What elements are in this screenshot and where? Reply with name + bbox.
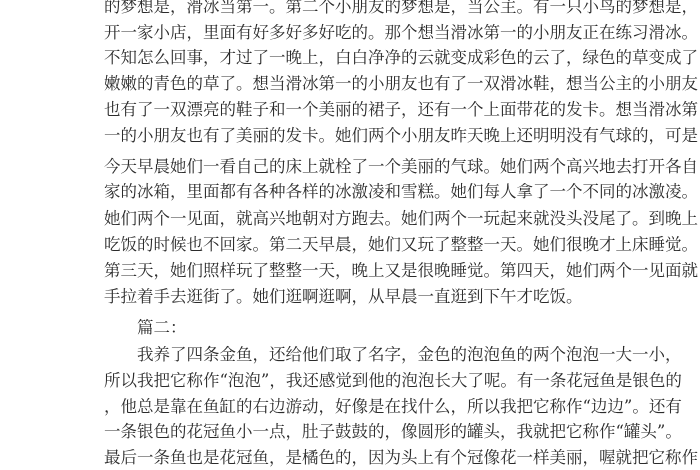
- text-line: 今天早晨她们一看自己的床上就栓了一个美丽的气球。她们两个高兴地去打开各自: [104, 156, 598, 178]
- text-line: 最后一条鱼也是花冠鱼，是橘色的，因为头上有个冠像花一样美丽，喔就把它称作: [104, 447, 598, 469]
- text-line: ，他总是靠在鱼缸的右边游动，好像是在找什么，所以我把它称作“边边”。还有: [104, 396, 598, 418]
- text-line: 开一家小店，里面有好多好多好吃的。那个想当滑冰第一的小朋友正在练习滑冰。: [104, 22, 598, 44]
- text-line: 不知怎么回事，才过了一晚上，白白净净的云就变成彩色的云了，绿色的草变成了: [104, 47, 598, 69]
- text-line: 的梦想是，滑冰当第一。第二个小朋友的梦想是，当公主。有一只小鸟的梦想是，: [104, 0, 598, 18]
- section-heading: 篇二：: [137, 317, 187, 339]
- text-line: 第三天，她们照样玩了整整一天，晚上又是很晚睡觉。第四天，她们两个一见面就: [104, 260, 598, 282]
- text-line: 也有了一双漂亮的鞋子和一个美丽的裙子，还有一个上面带花的发卡。想当滑冰第: [104, 99, 598, 121]
- text-line: 手拉着手去逛街了。她们逛啊逛啊，从早晨一直逛到下午才吃饭。: [104, 286, 598, 308]
- text-line: 一条银色的花冠鱼小一点，肚子鼓鼓的，像圆形的罐头，我就把它称作“罐头”。: [104, 421, 598, 443]
- text-line: 我养了四条金鱼，还给他们取了名字，金色的泡泡鱼的两个泡泡一大一小，: [137, 344, 598, 366]
- document-page: 的梦想是，滑冰当第一。第二个小朋友的梦想是，当公主。有一只小鸟的梦想是， 开一家…: [0, 0, 700, 470]
- text-line: 吃饭的时候也不回家。第二天早晨，她们又玩了整整一天。她们很晚才上床睡觉。: [104, 234, 598, 256]
- text-line: 所以我把它称作“泡泡”，我还感觉到他的泡泡长大了呢。有一条花冠鱼是银色的: [104, 370, 598, 392]
- text-line: 嫩嫩的青色的草了。想当滑冰第一的小朋友也有了一双滑冰鞋，想当公主的小朋友: [104, 73, 598, 95]
- text-line: 家的冰箱，里面都有各种各样的冰激凌和雪糕。她们每人拿了一个不同的冰激凌。: [104, 181, 598, 203]
- text-line: 她们两个一见面，就高兴地朝对方跑去。她们两个一玩起来就没头没尾了。到晚上: [104, 208, 598, 230]
- text-line: 一的小朋友也有了美丽的发卡。她们两个小朋友昨天晚上还明明没有气球的，可是: [104, 125, 598, 147]
